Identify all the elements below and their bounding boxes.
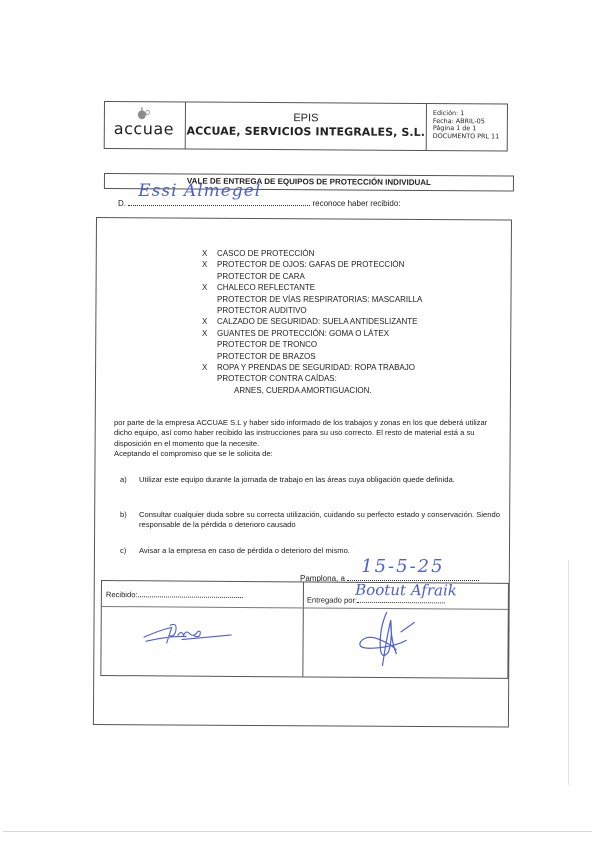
equipment-item: PROTECTOR DE BRAZOS — [198, 351, 422, 362]
obligation-key: a) — [120, 475, 127, 485]
equipment-label: PROTECTOR DE BRAZOS — [217, 352, 316, 361]
obligation-text: Avisar a la empresa en caso de pérdida o… — [139, 546, 500, 556]
document-code: DOCUMENTO PRL 11 — [433, 133, 499, 141]
check-mark: X — [202, 316, 207, 327]
statement: por parte de la empresa ACCUAE S.L y hab… — [114, 418, 506, 459]
obligation-text: Utilizar este equipo durante la jornada … — [139, 475, 500, 485]
equipment-label: CHALECO REFLECTANTE — [217, 283, 315, 292]
check-mark: X — [202, 328, 207, 339]
logo-cell: accuae — [105, 102, 186, 148]
equipment-label: ROPA Y PRENDAS DE SEGURIDAD: ROPA TRABAJ… — [217, 363, 415, 372]
doc-type: EPIS — [186, 112, 426, 125]
check-mark: X — [202, 259, 207, 270]
equipment-label: PROTECTOR AUDITIVO — [217, 306, 307, 315]
equipment-label: PROTECTOR DE CARA — [217, 272, 305, 281]
check-mark: X — [202, 282, 207, 293]
equipment-label: CALZADO DE SEGURIDAD: SUELA ANTIDESLIZAN… — [217, 317, 418, 326]
equipment-list: XCASCO DE PROTECCIÓNXPROTECTOR DE OJOS: … — [198, 248, 422, 396]
equipment-item: PROTECTOR AUDITIVO — [198, 305, 422, 316]
equipment-item: XCHALECO REFLECTANTE — [198, 282, 422, 293]
recipient-prefix: D. — [118, 199, 126, 208]
obligation-a: a) Utilizar este equipo durante la jorna… — [120, 475, 500, 485]
equipment-label: ARNES, CUERDA AMORTIGUACION. — [234, 386, 372, 395]
delivered-field[interactable]: Bootut Afraik — [357, 593, 445, 604]
equipment-item: XROPA Y PRENDAS DE SEGURIDAD: ROPA TRABA… — [198, 362, 422, 373]
equipment-label: CASCO DE PROTECCIÓN — [217, 249, 314, 258]
company-name: ACCUAE, SERVICIOS INTEGRALES, S.L. — [186, 125, 426, 139]
equipment-item: XPROTECTOR DE OJOS: GAFAS DE PROTECCIÓN — [198, 259, 422, 270]
obligation-text: Consultar cualquier duda sobre su correc… — [139, 510, 500, 531]
recipient-suffix: reconoce haber recibido: — [312, 199, 400, 208]
signature-box: Recibido: Entregado por: Bootut Afraik — [100, 580, 509, 679]
received-field[interactable] — [138, 596, 243, 598]
pear-logo-icon — [137, 106, 151, 120]
delivered-label: Entregado por: — [307, 595, 357, 604]
delivered-signature-icon — [356, 610, 421, 675]
delivered-line: Entregado por: Bootut Afraik — [307, 592, 445, 605]
document-header: accuae EPIS ACCUAE, SERVICIOS INTEGRALES… — [104, 101, 508, 151]
equipment-item: PROTECTOR DE TRONCO — [198, 339, 422, 350]
date-field[interactable]: 15-5-25 — [347, 571, 479, 581]
equipment-item: XGUANTES DE PROTECCIÓN: GOMA O LÁTEX — [198, 328, 422, 339]
commitment-intro: Aceptando el compromiso que se le solici… — [114, 449, 506, 459]
equipment-label: PROTECTOR DE OJOS: GAFAS DE PROTECCIÓN — [217, 260, 404, 269]
scan-edge — [568, 560, 569, 785]
check-mark: X — [202, 362, 207, 373]
received-line: Recibido: — [106, 590, 243, 600]
received-label: Recibido: — [106, 590, 138, 599]
equipment-item: PROTECTOR DE CARA — [198, 271, 422, 282]
equipment-item: XCALZADO DE SEGURIDAD: SUELA ANTIDESLIZA… — [198, 316, 422, 327]
equipment-label: PROTECTOR CONTRA CAÍDAS: — [217, 374, 337, 383]
equipment-item: ARNES, CUERDA AMORTIGUACION. — [198, 385, 422, 396]
obligation-key: b) — [120, 510, 127, 520]
recipient-handwriting: Essi Almegel — [138, 181, 261, 201]
recipient-line: D. Essi Almegel reconoce haber recibido: — [118, 195, 401, 208]
statement-text: por parte de la empresa ACCUAE S.L y hab… — [114, 418, 506, 449]
equipment-item: PROTECTOR DE VÍAS RESPIRATORIAS: MASCARI… — [198, 294, 422, 305]
recipient-signature-icon — [142, 619, 237, 650]
equipment-label: PROTECTOR DE VÍAS RESPIRATORIAS: MASCARI… — [217, 295, 422, 304]
meta-cell: Edición: 1 Fecha: ABRIL-05 Página 1 de 1… — [427, 104, 507, 150]
equipment-label: PROTECTOR DE TRONCO — [217, 340, 317, 349]
equipment-label: GUANTES DE PROTECCIÓN: GOMA O LÁTEX — [217, 329, 389, 338]
delivered-handwriting: Bootut Afraik — [355, 581, 457, 600]
obligation-key: c) — [120, 546, 126, 556]
equipment-item: XCASCO DE PROTECCIÓN — [198, 248, 422, 259]
equipment-item: PROTECTOR CONTRA CAÍDAS: — [198, 373, 422, 384]
obligation-b: b) Consultar cualquier duda sobre su cor… — [120, 510, 500, 531]
scan-edge — [3, 831, 592, 832]
obligation-c: c) Avisar a la empresa en caso de pérdid… — [120, 546, 500, 556]
title-cell: EPIS ACCUAE, SERVICIOS INTEGRALES, S.L. — [186, 103, 427, 150]
check-mark: X — [202, 248, 207, 259]
date-handwriting: 15-5-25 — [361, 556, 444, 577]
logo-text: accuae — [114, 119, 174, 138]
recipient-field[interactable]: Essi Almegel — [128, 195, 310, 206]
